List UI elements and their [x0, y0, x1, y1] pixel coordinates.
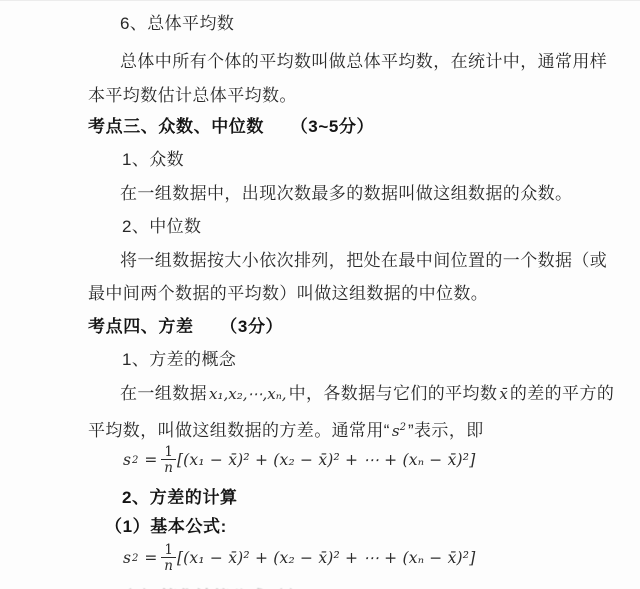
formula-lhs-exponent: 2: [132, 455, 138, 466]
population-mean-body-line1: 总体中所有个体的平均数叫做总体平均数，在统计中，通常用样: [120, 52, 607, 72]
item-heading-variance-concept: 1、方差的概念: [122, 350, 236, 370]
formula-equals: =: [144, 549, 157, 567]
section-heading-variance: 考点四、方差 （3分）: [88, 317, 283, 337]
subitem-heading-basic-formula: （1）基本公式:: [105, 517, 227, 537]
item-heading-variance-calculation: 2、方差的计算: [122, 488, 238, 508]
mode-definition: 在一组数据中，出现次数最多的数据叫做这组数据的众数。: [120, 184, 572, 204]
section-heading-mode-median: 考点三、众数、中位数 （3~5分）: [88, 117, 374, 137]
median-definition-line2: 最中间两个数据的平均数）叫做这组数据的中位数。: [88, 284, 488, 304]
item-heading-mode: 1、众数: [122, 150, 184, 170]
formula-body: [(x₁ − x̄)² + (x₂ − x̄)² + ⋯ + (xₙ − x̄)…: [177, 451, 476, 469]
fraction-denominator: n: [164, 558, 173, 573]
formula-fraction: 1 n: [161, 543, 176, 573]
formula-lhs-exponent: 2: [132, 553, 138, 564]
clipped-next-line: （2）简化计算公式（Ⅰ）：: [115, 583, 316, 589]
variance-def2-text-pre: 平均数，叫做这组数据的方差。通常用“: [88, 421, 390, 440]
variance-symbol-s-squared: s2: [390, 422, 408, 440]
median-definition-line1: 将一组数据按大小依次排列，把处在最中间位置的一个数据（或: [120, 251, 607, 271]
variance-def-sequence-math: x₁,x₂,⋯,xₙ,: [207, 385, 289, 403]
variance-basic-formula-1: s2 = 1 n [(x₁ − x̄)² + (x₂ − x̄)² + ⋯ + …: [123, 445, 475, 475]
variance-def-mean-symbol: x̄: [497, 385, 509, 403]
formula-body: [(x₁ − x̄)² + (x₂ − x̄)² + ⋯ + (xₙ − x̄)…: [177, 549, 476, 567]
formula-fraction: 1 n: [161, 445, 176, 475]
item-heading-population-mean: 6、总体平均数: [120, 14, 234, 34]
formula-lhs: s: [123, 451, 131, 469]
population-mean-body-line2: 本平均数估计总体平均数。: [88, 86, 297, 106]
variance-def-text-post: 的差的平方的: [510, 384, 614, 403]
document-page: 6、总体平均数 总体中所有个体的平均数叫做总体平均数，在统计中，通常用样 本平均…: [0, 0, 640, 589]
variance-basic-formula-2: s2 = 1 n [(x₁ − x̄)² + (x₂ − x̄)² + ⋯ + …: [123, 543, 475, 573]
variance-definition-line1: 在一组数据x₁,x₂,⋯,xₙ,中，各数据与它们的平均数x̄的差的平方的: [120, 384, 614, 404]
fraction-denominator: n: [164, 460, 173, 475]
variance-def-text-mid: 中，各数据与它们的平均数: [289, 384, 498, 403]
variance-def-text-pre: 在一组数据: [120, 384, 207, 403]
fraction-numerator: 1: [161, 445, 176, 460]
variance-definition-line2: 平均数，叫做这组数据的方差。通常用“s2”表示，即: [88, 418, 484, 441]
item-heading-median: 2、中位数: [122, 217, 201, 237]
variance-def2-text-post: ”表示，即: [408, 421, 484, 440]
fraction-numerator: 1: [161, 543, 176, 558]
formula-lhs: s: [123, 549, 131, 567]
formula-equals: =: [144, 451, 157, 469]
